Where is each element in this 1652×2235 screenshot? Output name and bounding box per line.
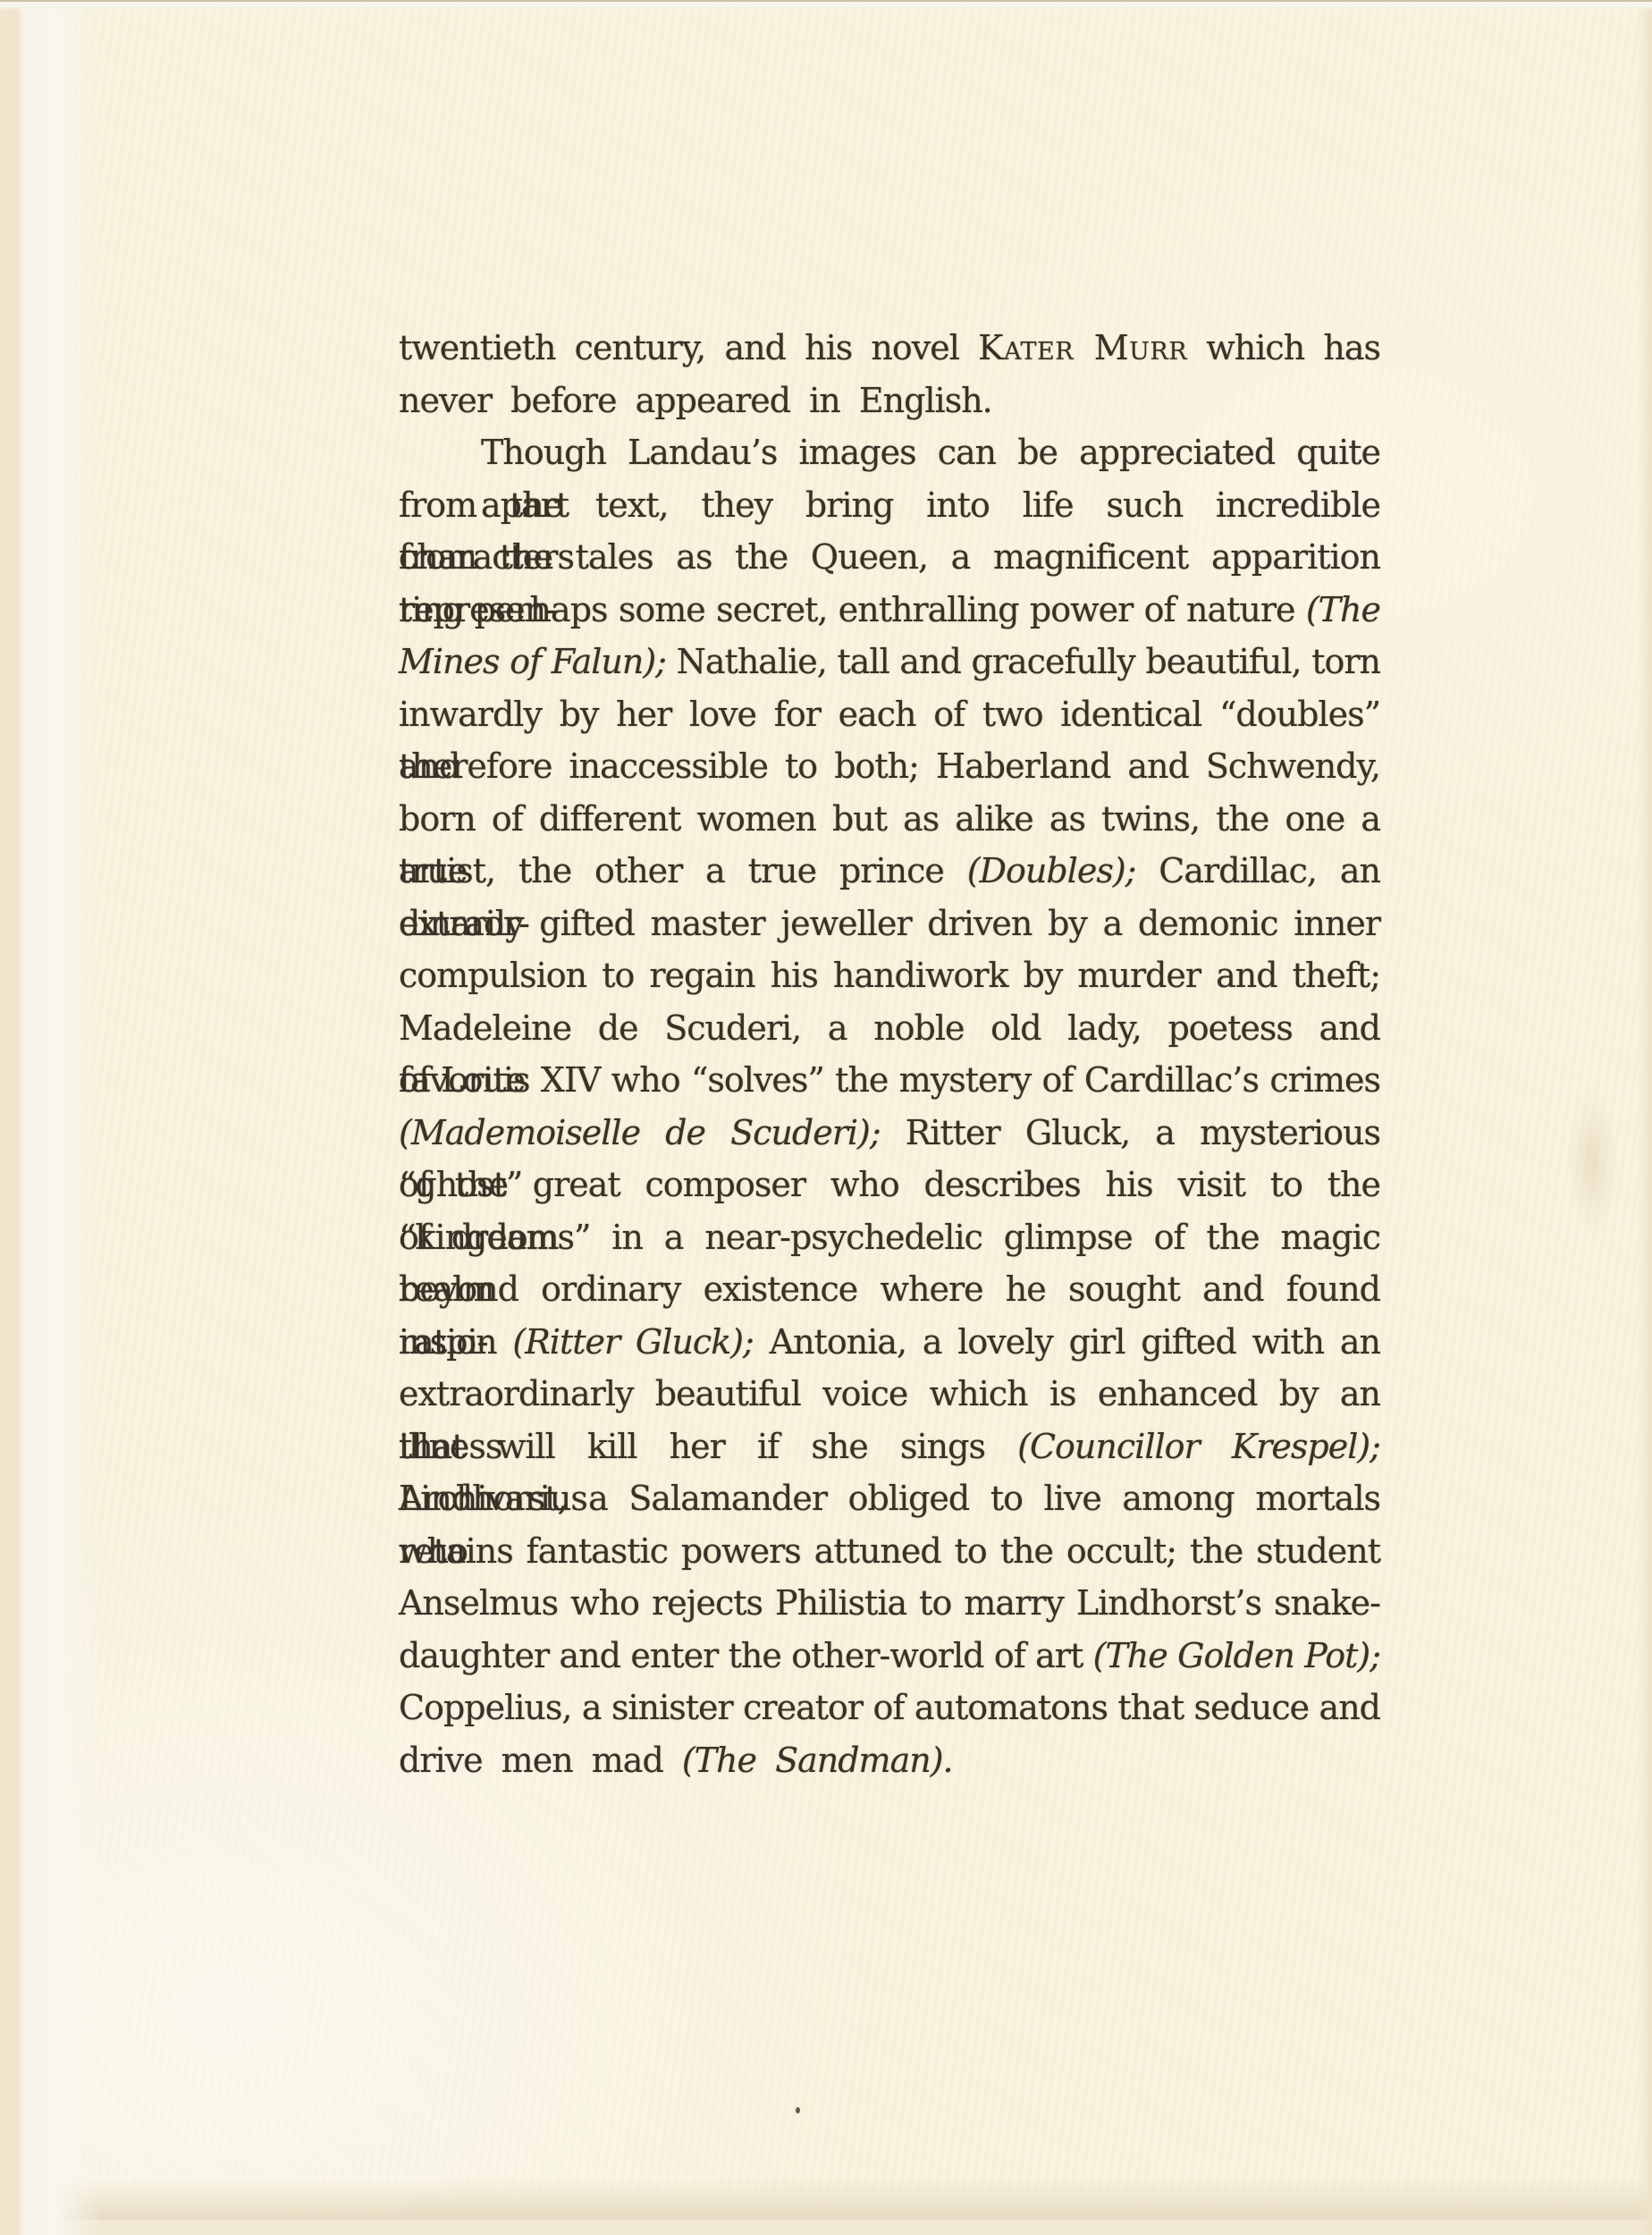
text-line: retains fantastic powers attuned to the … xyxy=(399,1525,1380,1578)
text-line: daughter and enter the other-world of ar… xyxy=(399,1630,1380,1683)
text-line: beyond ordinary existence where he sough… xyxy=(399,1263,1380,1316)
text-line: (Mademoiselle de Scuderi); Ritter Gluck,… xyxy=(399,1107,1380,1160)
text-line: therefore inaccessible to both; Haberlan… xyxy=(399,740,1380,793)
text-line: from the tales as the Queen, a magnifice… xyxy=(399,531,1380,584)
text-line: of dreams” in a near-psychedelic glimpse… xyxy=(399,1211,1380,1264)
body-text-segment: Antonia, a lovely girl gifted with an xyxy=(754,1322,1380,1362)
text-line: artist, the other a true prince (Doubles… xyxy=(399,845,1380,898)
italic-title-text: (Ritter Gluck); xyxy=(512,1322,753,1362)
body-text-segment: dinarily gifted master jeweller driven b… xyxy=(399,904,1380,943)
body-text-segment: compulsion to regain his handiwork by mu… xyxy=(399,956,1380,995)
text-line: dinarily gifted master jeweller driven b… xyxy=(399,898,1380,950)
body-text-segment: Coppelius, a sinister creator of automat… xyxy=(399,1688,1380,1727)
text-line: Madeleine de Scuderi, a noble old lady, … xyxy=(399,1002,1380,1055)
text-line: Lindhorst, a Salamander obliged to live … xyxy=(399,1472,1380,1525)
body-text-segment: Anselmus who rejects Philistia to marry … xyxy=(399,1583,1380,1623)
italic-title-text: (Mademoiselle de Scuderi); xyxy=(399,1113,881,1152)
body-text-segment: which has xyxy=(1187,328,1380,367)
italic-title-text: (The xyxy=(1306,590,1380,629)
body-text-segment: twentieth century, and his novel xyxy=(399,328,978,367)
italic-title-text: (The Golden Pot); xyxy=(1093,1636,1380,1675)
body-text: twentieth century, and his novel Kater M… xyxy=(399,322,1380,1786)
text-line: ration (Ritter Gluck); Antonia, a lovely… xyxy=(399,1316,1380,1369)
body-text-segment: ting perhaps some secret, enthralling po… xyxy=(399,590,1306,629)
body-text-segment: retains fantastic powers attuned to the … xyxy=(399,1531,1380,1571)
text-line: extraordinarly beautiful voice which is … xyxy=(399,1368,1380,1421)
text-line: from the text, they bring into life such… xyxy=(399,479,1380,532)
smallcaps-book-title: Kater Murr xyxy=(978,328,1187,367)
body-text-segment: that will kill her if she sings xyxy=(399,1427,1017,1466)
text-line: never before appeared in English. xyxy=(399,375,1380,427)
body-text-segment: of Louis XIV who “solves” the mystery of… xyxy=(399,1060,1380,1100)
text-line: born of different women but as alike as … xyxy=(399,793,1380,846)
text-line: compulsion to regain his handiwork by mu… xyxy=(399,949,1380,1002)
text-line: of Louis XIV who “solves” the mystery of… xyxy=(399,1054,1380,1107)
italic-title-text: (The Sandman). xyxy=(682,1741,953,1780)
text-line: drive men mad (The Sandman). xyxy=(399,1734,1380,1787)
body-text-segment: daughter and enter the other-world of ar… xyxy=(399,1636,1093,1675)
ink-speck xyxy=(796,2107,800,2113)
italic-title-text: Mines of Falun); xyxy=(399,642,666,681)
text-line: Mines of Falun); Nathalie, tall and grac… xyxy=(399,636,1380,688)
text-line: that will kill her if she sings (Council… xyxy=(399,1421,1380,1473)
text-line: Coppelius, a sinister creator of automat… xyxy=(399,1682,1380,1734)
text-line: Though Landau’s images can be appreciate… xyxy=(399,426,1380,479)
body-text-segment: therefore inaccessible to both; Haberlan… xyxy=(399,746,1380,786)
text-line: Anselmus who rejects Philistia to marry … xyxy=(399,1577,1380,1630)
italic-title-text: (Councillor Krespel); xyxy=(1017,1427,1380,1466)
body-text-segment: Nathalie, tall and gracefully beautiful,… xyxy=(666,642,1380,681)
body-text-segment: never before appeared in English. xyxy=(399,381,992,420)
italic-title-text: (Doubles); xyxy=(967,851,1136,890)
text-line: ting perhaps some secret, enthralling po… xyxy=(399,584,1380,637)
body-text-segment: artist, the other a true prince xyxy=(399,851,967,890)
text-line: inwardly by her love for each of two ide… xyxy=(399,688,1380,741)
text-line: of the great composer who describes his … xyxy=(399,1159,1380,1211)
scanned-book-page: twentieth century, and his novel Kater M… xyxy=(0,0,1652,2235)
text-line: twentieth century, and his novel Kater M… xyxy=(399,322,1380,375)
body-text-segment: drive men mad xyxy=(399,1741,682,1780)
body-text-segment: ration xyxy=(399,1322,512,1362)
